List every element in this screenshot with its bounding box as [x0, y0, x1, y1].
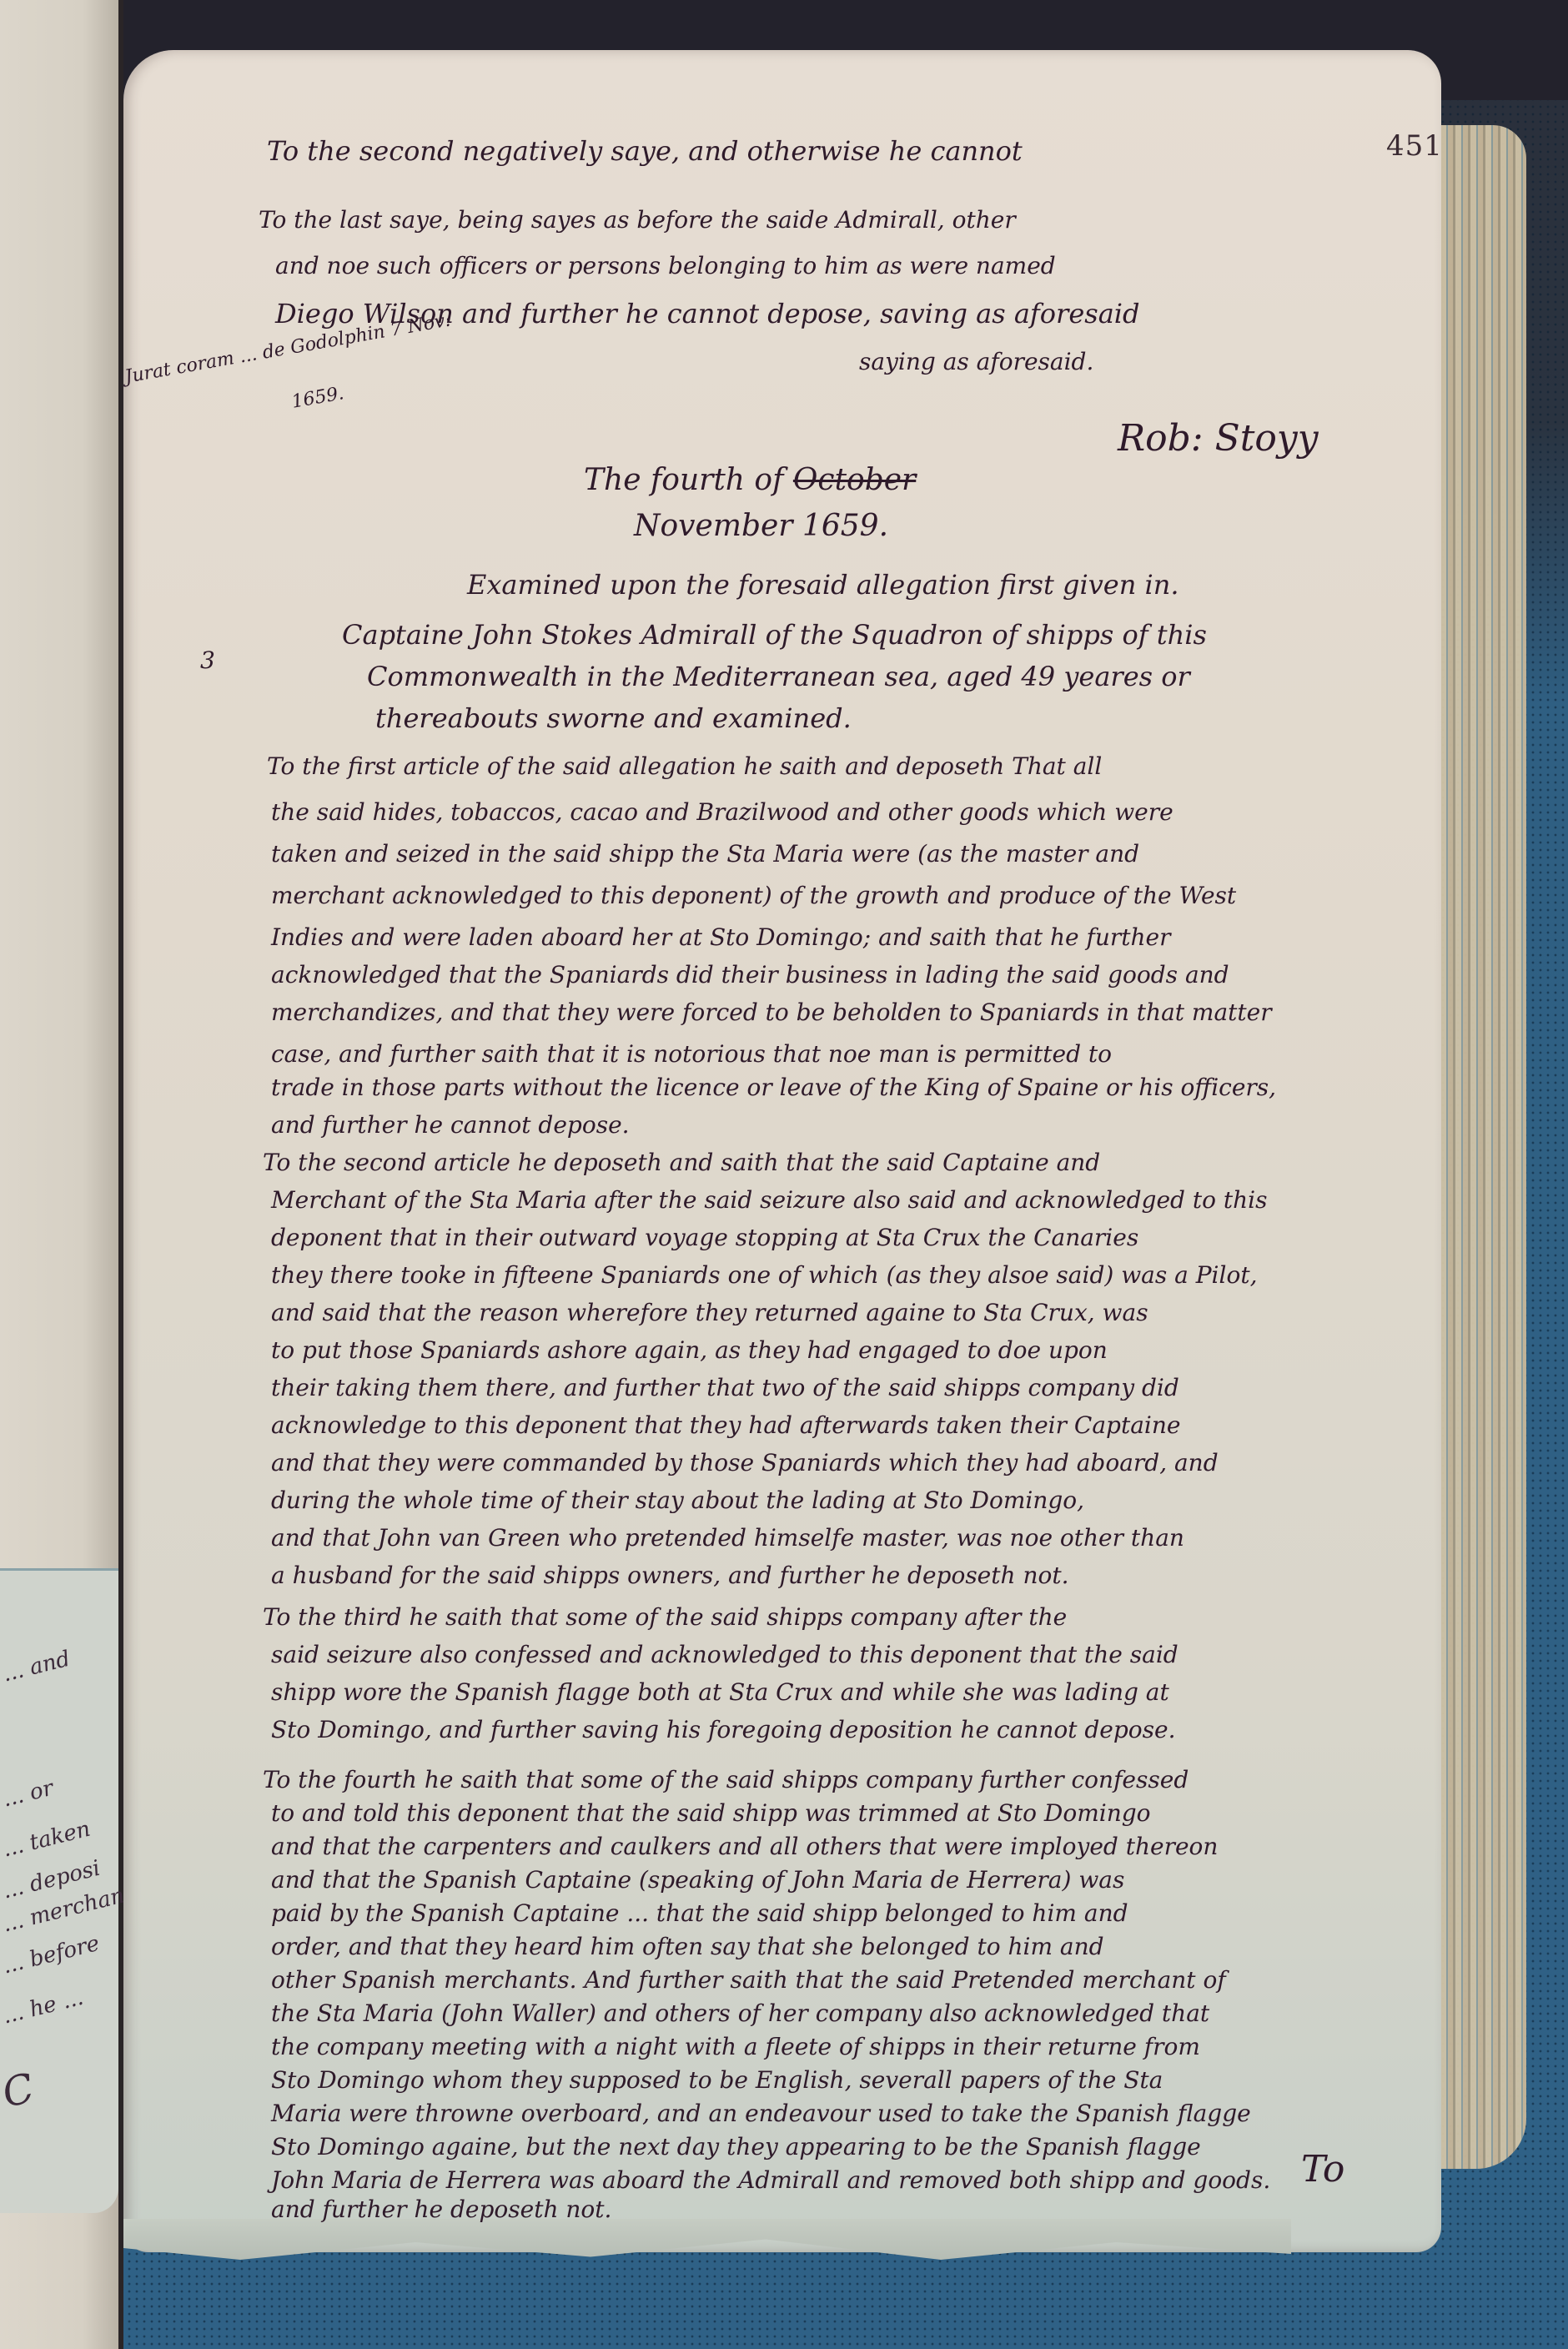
text-line: and said that the reason wherefore they …	[271, 1301, 1148, 1325]
text-line: and that the carpenters and caulkers and…	[271, 1835, 1218, 1859]
text-line: to put those Spaniards ashore again, as …	[271, 1339, 1108, 1362]
text-line: Indies and were laden aboard her at Sto …	[271, 926, 1171, 949]
text-line: John Maria de Herrera was aboard the Adm…	[271, 2169, 1270, 2192]
text-line: To the second negatively saye, and other…	[267, 138, 1023, 164]
folio-number: 451	[1386, 129, 1443, 163]
text-line: Maria were throwne overboard, and an end…	[271, 2102, 1251, 2125]
text-line: the Sta Maria (John Waller) and others o…	[271, 2002, 1209, 2025]
text-line: shipp wore the Spanish flagge both at St…	[271, 1681, 1169, 1704]
text-line: deponent that in their outward voyage st…	[271, 1226, 1138, 1250]
text-line: acknowledge to this deponent that they h…	[271, 1414, 1180, 1437]
text-line: To the second article he deposeth and sa…	[263, 1151, 1100, 1174]
text-line: and noe such officers or persons belongi…	[275, 254, 1056, 278]
text-line: during the whole time of their stay abou…	[271, 1489, 1084, 1512]
witness-line: thereabouts sworne and examined.	[375, 705, 852, 732]
text-line: merchant acknowledged to this deponent) …	[271, 884, 1236, 908]
margin-number: 3	[200, 646, 215, 674]
text-line: merchandizes, and that they were forced …	[271, 1001, 1272, 1024]
text-line: saying as aforesaid.	[859, 350, 1093, 374]
text-line: Sto Domingo whom they supposed to be Eng…	[271, 2069, 1163, 2092]
text-line: a husband for the said shipps owners, an…	[271, 1564, 1068, 1587]
left-fragment: ... taken	[0, 1817, 93, 1863]
text-line: to and told this deponent that the said …	[271, 1802, 1151, 1825]
left-fragment: ... he ...	[0, 1985, 86, 2030]
text-line: and further he deposeth not.	[271, 2198, 611, 2221]
text-line: said seizure also confessed and acknowle…	[271, 1643, 1179, 1667]
witness-line: Commonwealth in the Mediterranean sea, a…	[367, 663, 1190, 690]
text-line: their taking them there, and further tha…	[271, 1376, 1179, 1400]
examination-line: Examined upon the foresaid allegation fi…	[467, 571, 1179, 598]
text-line: paid by the Spanish Captaine ... that th…	[271, 1902, 1128, 1925]
text-line: To the last saye, being sayes as before …	[259, 209, 1016, 232]
left-fragment: ... before	[0, 1931, 102, 1979]
text-line: taken and seized in the said shipp the S…	[271, 843, 1139, 866]
text-line: case, and further saith that it is notor…	[271, 1043, 1112, 1066]
struck-word: October	[793, 463, 916, 497]
left-page-inserted-leaf: ... and ... or ... taken ... deposi ... …	[0, 1568, 118, 2213]
text-line: other Spanish merchants. And further sai…	[271, 1969, 1226, 1992]
text-line: acknowledged that the Spaniards did thei…	[271, 963, 1229, 987]
text-line: they there tooke in fifteene Spaniards o…	[271, 1264, 1257, 1287]
text-line: trade in those parts without the licence…	[271, 1076, 1276, 1099]
text-line: Sto Domingo, and further saving his fore…	[271, 1718, 1175, 1742]
left-fragment: ... or	[0, 1776, 56, 1813]
left-fragment: ... and	[0, 1647, 73, 1688]
text-line: To the first article of the said allegat…	[267, 755, 1102, 778]
text-line: and that they were commanded by those Sp…	[271, 1451, 1219, 1475]
heading-date-line2: November 1659.	[634, 509, 888, 543]
text-line: To the fourth he saith that some of the …	[263, 1768, 1189, 1792]
text-line: and that John van Green who pretended hi…	[271, 1527, 1184, 1550]
text-line: To the third he saith that some of the s…	[263, 1606, 1067, 1629]
text-line: the company meeting with a night with a …	[271, 2035, 1200, 2059]
text-line: order, and that they heard him often say…	[271, 1935, 1104, 1959]
signature: Rob: Stoyy	[1118, 417, 1319, 460]
left-catchword: C	[0, 2065, 38, 2117]
text-line: and further he cannot depose.	[271, 1114, 630, 1137]
heading-date-line1: The fourth of October	[584, 463, 916, 497]
text-line: Sto Domingo againe, but the next day the…	[271, 2135, 1201, 2159]
witness-line: Captaine John Stokes Admirall of the Squ…	[342, 621, 1207, 648]
text-line: and that the Spanish Captaine (speaking …	[271, 1869, 1124, 1892]
text-line: the said hides, tobaccos, cacao and Braz…	[271, 801, 1173, 824]
catchword: To	[1301, 2148, 1344, 2191]
text-line: Merchant of the Sta Maria after the said…	[271, 1189, 1267, 1212]
